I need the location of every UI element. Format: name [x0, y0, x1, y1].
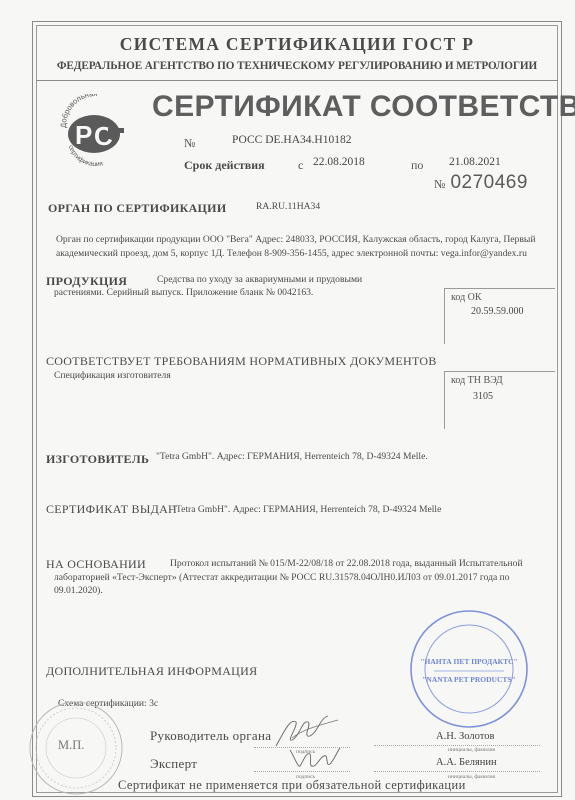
okp-code-value: 20.59.59.000: [471, 306, 524, 317]
header-divider: [36, 80, 558, 81]
blank-number-prefix: №: [434, 177, 445, 191]
tnved-code-label: код ТН ВЭД: [451, 375, 503, 386]
basis-text-1: Протокол испытаний № 015/М-22/08/18 от 2…: [170, 557, 523, 571]
blank-number: № 0270469: [434, 172, 528, 194]
product-text-2: растениями. Серийный выпуск. Приложение …: [54, 286, 313, 300]
tnved-code-box: код ТН ВЭД 3105: [444, 371, 555, 429]
validity-label: Срок действия: [184, 158, 265, 173]
certificate-number: РОСС DE.НА34.Н10182: [232, 134, 351, 146]
additional-info-label: ДОПОЛНИТЕЛЬНАЯ ИНФОРМАЦИЯ: [46, 664, 257, 679]
system-title: СИСТЕМА СЕРТИФИКАЦИИ ГОСТ Р: [36, 34, 558, 55]
okp-code-label: код ОК: [451, 292, 482, 303]
certification-body-label: ОРГАН ПО СЕРТИФИКАЦИИ: [48, 201, 226, 216]
expert-signature-icon: [284, 744, 344, 774]
issued-to-label: СЕРТИФИКАТ ВЫДАН: [46, 502, 177, 517]
basis-label: НА ОСНОВАНИИ: [46, 557, 146, 572]
footer-note: Сертификат не применяется при обязательн…: [118, 778, 466, 793]
certification-body-text-2: академический проезд, дом 5, корпус 1Д. …: [56, 247, 527, 261]
certification-body-text-1: Орган по сертификации продукции ООО "Вег…: [56, 233, 535, 247]
expert-name-line: [374, 771, 540, 772]
blank-number-digits: 0270469: [450, 172, 527, 193]
basis-text-3: 09.01.2020).: [54, 584, 103, 598]
certification-body-code: RA.RU.11НА34: [256, 200, 320, 214]
certificate-number-label: №: [184, 136, 195, 151]
issued-to-text: "Tetra GmbH". Адрес: ГЕРМАНИЯ, Herrentei…: [172, 503, 441, 517]
head-name: А.Н. Золотов: [436, 731, 494, 742]
product-text-1: Средства по уходу за аквариумными и пруд…: [157, 273, 362, 287]
svg-text:P: P: [75, 120, 92, 150]
valid-from-date: 22.08.2018: [313, 156, 365, 168]
manufacturer-label: ИЗГОТОВИТЕЛЬ: [46, 452, 149, 467]
basis-text-2: лабораторией «Тест-Эксперт» (Аттестат ак…: [54, 571, 510, 585]
okp-code-box: код ОК 20.59.59.000: [444, 288, 555, 344]
head-name-caption: инициалы, фамилия: [448, 747, 495, 753]
tnved-code-value: 3105: [473, 391, 493, 402]
svg-text:"NANTA PET PRODUCTS": "NANTA PET PRODUCTS": [422, 675, 515, 684]
expert-label: Эксперт: [150, 756, 197, 772]
seal-label: М.П.: [58, 738, 84, 753]
head-name-line: [374, 745, 540, 746]
expert-name: А.А. Белянин: [436, 757, 497, 768]
rst-logo-icon: Добровольная P C сертификация: [56, 94, 134, 166]
svg-text:"НАНТА ПЕТ ПРОДАКТС": "НАНТА ПЕТ ПРОДАКТС": [420, 657, 517, 666]
validity-to-label: по: [411, 158, 423, 173]
agency-title: ФЕДЕРАЛЬНОЕ АГЕНТСТВО ПО ТЕХНИЧЕСКОМУ РЕ…: [36, 60, 558, 72]
manufacturer-text: "Tetra GmbH". Адрес: ГЕРМАНИЯ, Herrentei…: [156, 450, 428, 464]
valid-to-date: 21.08.2021: [449, 156, 501, 168]
validity-from-label: с: [298, 158, 303, 173]
conformity-label: СООТВЕТСТВУЕТ ТРЕБОВАНИЯМ НОРМАТИВНЫХ ДО…: [46, 354, 437, 369]
conformity-text: Спецификация изготовителя: [54, 369, 171, 383]
head-of-body-label: Руководитель органа: [150, 728, 271, 744]
svg-text:C: C: [94, 121, 113, 151]
company-stamp-icon: "НАНТА ПЕТ ПРОДАКТС" "NANTA PET PRODUCTS…: [404, 604, 534, 734]
certificate-title: СЕРТИФИКАТ СООТВЕТСТВИЯ: [152, 90, 575, 124]
